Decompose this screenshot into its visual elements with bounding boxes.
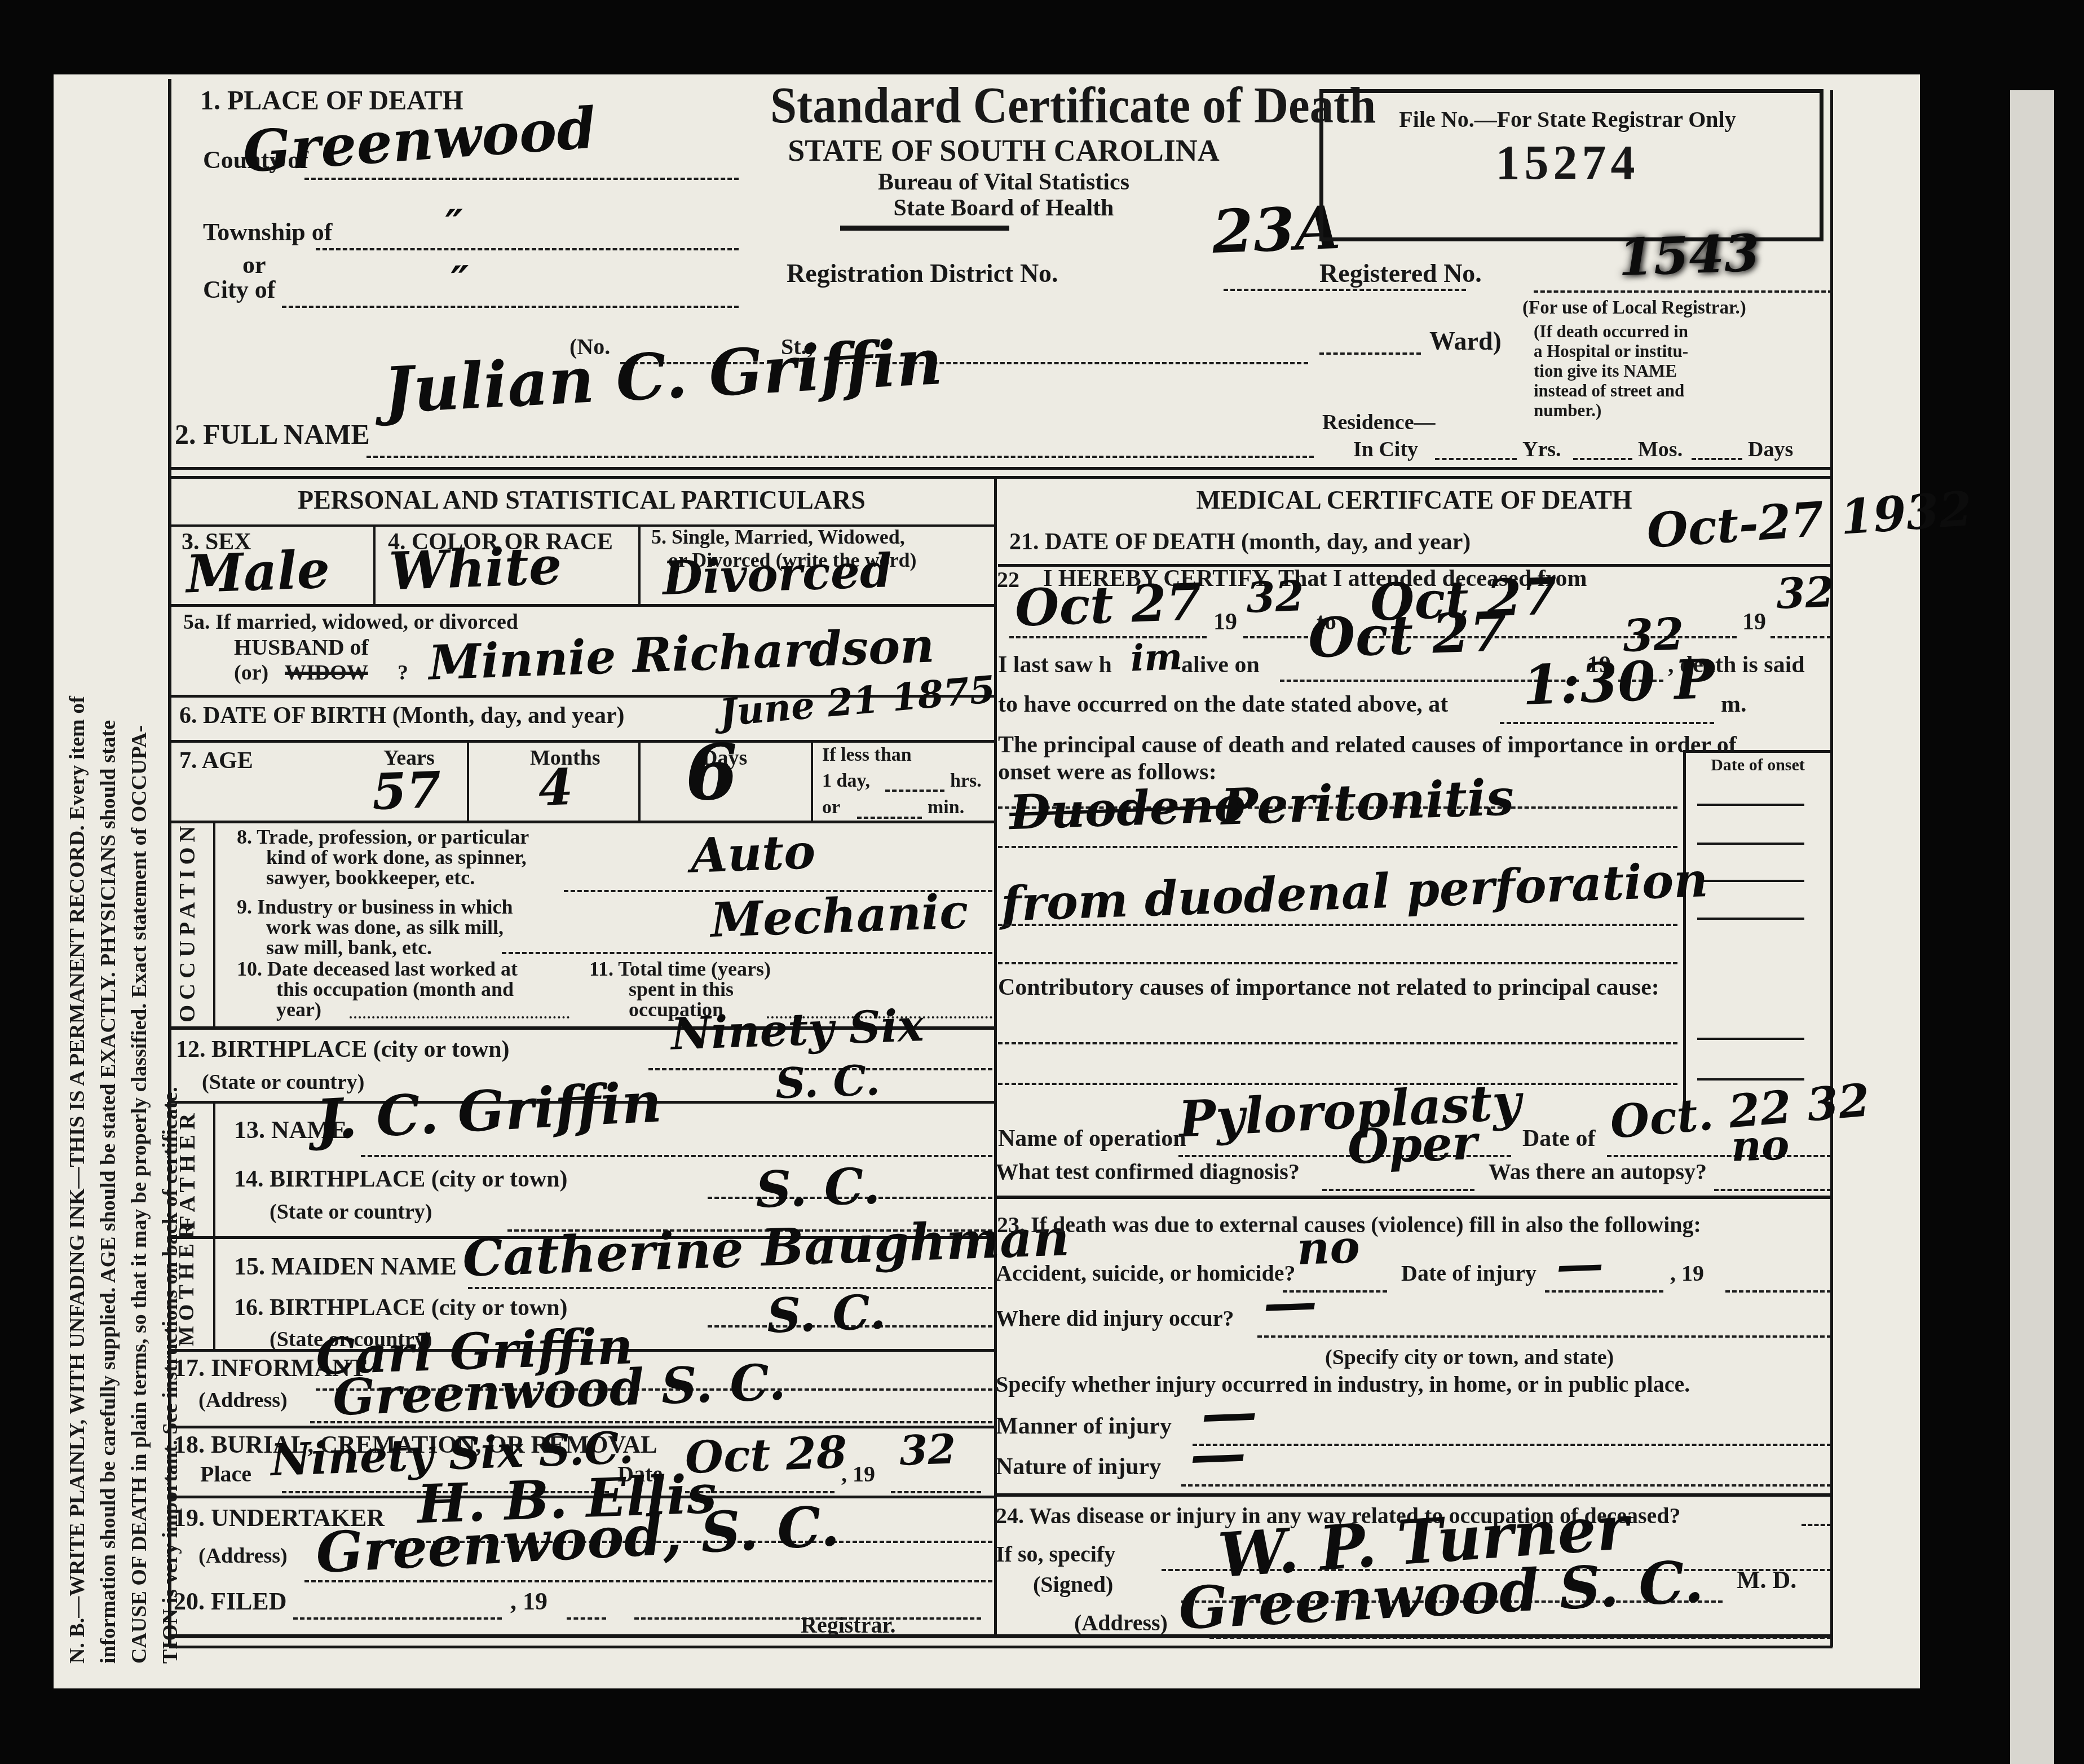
ward-label: Ward) — [1429, 328, 1502, 354]
test-value: Oper — [1347, 1119, 1478, 1171]
cause-line-3 — [998, 924, 1677, 926]
s8-label-3: sawyer, bookkeeper, etc. — [266, 867, 475, 888]
father-vertical-label: FATHER — [176, 1114, 198, 1229]
header-divider-2 — [169, 476, 1833, 479]
age-div-1 — [467, 743, 469, 821]
hospital-note-4: instead of street and — [1534, 382, 1684, 399]
form-left-border — [168, 79, 171, 1647]
mos-label: Mos. — [1638, 439, 1683, 460]
to-19-line — [1770, 636, 1831, 638]
informant-address-label: (Address) — [198, 1390, 288, 1411]
date-of-death-label: 21. DATE OF DEATH (month, day, and year) — [1009, 530, 1471, 554]
age-div-2 — [638, 743, 641, 821]
in-city-label: In City — [1353, 439, 1418, 460]
occ-strip-line — [213, 823, 215, 1026]
accident-value: no — [1296, 1224, 1361, 1271]
file-no-label: File No.—For State Registrar Only — [1325, 108, 1810, 131]
personal-heading: PERSONAL AND STATISTICAL PARTICULARS — [169, 487, 994, 513]
county-line — [304, 178, 739, 180]
onset-line-5 — [1697, 1038, 1804, 1040]
form-right-border — [1830, 90, 1833, 1647]
autopsy-line — [1714, 1189, 1831, 1191]
certificate-title: Standard Certificate of Death — [770, 79, 1237, 131]
md-label: M. D. — [1737, 1568, 1796, 1593]
from-19: 19 — [1213, 610, 1237, 634]
nature-dash: — — [1189, 1425, 1247, 1483]
onset-line-2 — [1697, 843, 1804, 845]
contributory-label: Contributory causes of importance not re… — [998, 976, 1659, 999]
age-div-3 — [811, 743, 813, 821]
state-line: STATE OF SOUTH CAROLINA — [750, 135, 1257, 166]
address-label: (Address) — [1074, 1612, 1168, 1634]
sep-5a-top — [169, 604, 994, 607]
header-divider-1 — [169, 467, 1833, 470]
nature-label: Nature of injury — [996, 1455, 1161, 1479]
in-city-line — [1435, 458, 1517, 460]
row345-div2 — [638, 524, 641, 604]
s9-label-1: 9. Industry or business in which — [237, 897, 513, 917]
filed-label: 20. FILED — [174, 1589, 286, 1614]
occupation-vertical-label: OCCUPATION — [176, 828, 198, 1022]
test-line — [1322, 1189, 1474, 1191]
file-no-value: 15274 — [1325, 138, 1810, 187]
city-ditto: ″ — [451, 260, 470, 301]
board-line: State Board of Health — [750, 196, 1257, 220]
sep-occ-top — [169, 821, 994, 823]
city-label: City of — [203, 277, 275, 302]
burial-year-line — [891, 1491, 981, 1493]
mother-birthplace-value: S. C. — [766, 1288, 887, 1339]
onset-line-3 — [1697, 880, 1804, 882]
sep-23-top — [996, 1196, 1831, 1199]
onset-line-1 — [1697, 804, 1804, 806]
father-birthplace-value: S. C. — [755, 1161, 881, 1215]
birthplace-city-value: Ninety Six — [670, 1004, 925, 1057]
s9-label-3: saw mill, bank, etc. — [266, 937, 432, 958]
attended-from-value: Oct 27 — [1014, 576, 1203, 634]
last-saw-date-value: Oct 27 — [1307, 605, 1508, 665]
operation-date-line — [1607, 1155, 1831, 1157]
s5a-question: ? — [398, 662, 408, 683]
ward-line — [1319, 352, 1421, 355]
father-name-value: J. C. Griffin — [315, 1075, 663, 1148]
cause-struck-word: Duodeno — [1009, 781, 1247, 837]
onset-line-4 — [1697, 918, 1804, 920]
last-saw-im: im — [1130, 639, 1183, 677]
hrs-line — [885, 790, 944, 792]
dob-label: 6. DATE OF BIRTH (Month, day, and year) — [179, 704, 625, 727]
s5a-label-1: 5a. If married, widowed, or divorced — [183, 611, 518, 633]
s9-label-2: work was done, as silk mill, — [266, 917, 504, 937]
signed-label: (Signed) — [1033, 1573, 1113, 1596]
margin-instructions-text: N. B.—WRITE PLAINLY, WITH UNFADING INK—T… — [62, 85, 186, 1664]
principal-cause-1: The principal cause of death and related… — [998, 733, 1737, 757]
specify-city-note: (Specify city or town, and state) — [1325, 1347, 1614, 1368]
specify-whether-label: Specify whether injury occurred in indus… — [996, 1373, 1690, 1396]
last-saw-text-1: I last saw h — [998, 653, 1112, 677]
nature-line — [1181, 1484, 1831, 1487]
margin-instructions: N. B.—WRITE PLAINLY, WITH UNFADING INK—T… — [62, 85, 180, 1664]
township-ditto: ″ — [445, 204, 465, 245]
row345-div1 — [373, 524, 376, 604]
yrs-line — [1573, 458, 1632, 460]
registrar-label: Registrar. — [801, 1614, 895, 1637]
trade-value: Auto — [690, 828, 816, 880]
where-label: Where did injury occur? — [996, 1307, 1234, 1330]
hrs-label: hrs. — [950, 771, 982, 791]
where-line — [1257, 1335, 1831, 1338]
maiden-name-line — [468, 1287, 992, 1289]
s24-line — [1802, 1524, 1831, 1526]
s10-line — [350, 1016, 569, 1018]
to-year-value: 32 — [1776, 571, 1835, 615]
sep-24-top — [996, 1493, 1831, 1497]
s5a-or: (or) — [234, 662, 268, 683]
onset-header: Date of onset — [1686, 757, 1830, 774]
manner-line — [1193, 1444, 1831, 1446]
occurred-time-value: 1:30 P — [1521, 652, 1716, 713]
to-19: 19 — [1742, 610, 1766, 634]
township-label: Township of — [203, 220, 333, 245]
father-birthplace-sub: (State or country) — [270, 1201, 432, 1223]
marital-value: Divorced — [662, 548, 893, 602]
injury-date-label: Date of injury — [1401, 1262, 1536, 1285]
undertaker-address-label: (Address) — [198, 1545, 288, 1567]
min-label: min. — [928, 798, 964, 817]
or-label: or — [242, 253, 266, 277]
mother-strip-line — [213, 1239, 215, 1349]
margin-line-1: N. B.—WRITE PLAINLY, WITH UNFADING INK—T… — [62, 85, 93, 1664]
age-days-value: 6 — [684, 733, 740, 811]
informant-address-line — [310, 1421, 992, 1423]
registered-no-label: Registered No. — [1319, 261, 1482, 286]
from-19-line — [1243, 636, 1308, 638]
s9-line — [502, 952, 992, 954]
birthplace-label: 12. BIRTHPLACE (city or town) — [176, 1038, 510, 1061]
operation-date-label: Date of — [1522, 1127, 1595, 1150]
onset-box-left — [1683, 750, 1686, 1117]
injury-date-dash: — — [1556, 1240, 1605, 1289]
mother-vertical-label: MOTHER — [176, 1242, 197, 1346]
s8-label-2: kind of work done, as spinner, — [266, 847, 527, 867]
hospital-note-3: tion give its NAME — [1534, 362, 1677, 380]
where-dash: — — [1262, 1275, 1318, 1330]
contributory-line-1 — [998, 1042, 1677, 1044]
margin-line-3: CAUSE OF DEATH in plain terms, so that i… — [124, 85, 155, 1664]
operation-label: Name of operation — [998, 1127, 1186, 1150]
bureau-line: Bureau of Vital Statistics — [750, 170, 1257, 194]
s10-label-2: this occupation (month and — [276, 979, 514, 999]
title-rule — [840, 226, 1009, 231]
bottom-rule-2 — [169, 1646, 1833, 1648]
accident-label: Accident, suicide, or homicide? — [996, 1262, 1295, 1285]
hospital-note-5: number.) — [1534, 402, 1601, 419]
test-label: What test confirmed diagnosis? — [996, 1161, 1300, 1183]
s10-label-3: year) — [276, 999, 321, 1020]
address-line — [1209, 1637, 1831, 1639]
mos-line — [1692, 458, 1742, 460]
registration-district-line — [1224, 289, 1466, 291]
full-name-line — [367, 456, 1314, 458]
residence-label: Residence— — [1322, 412, 1436, 433]
from-year-value: 32 — [1246, 575, 1305, 619]
min-line — [857, 817, 922, 819]
filed-line-2 — [567, 1617, 606, 1620]
s8-label-1: 8. Trade, profession, or particular — [237, 827, 529, 847]
s11-label-1: 11. Total time (years) — [589, 959, 771, 979]
last-saw-text-2: alive on — [1181, 653, 1260, 677]
full-name-label: 2. FULL NAME — [175, 420, 370, 448]
occurred-text: to have occurred on the date stated abov… — [998, 693, 1448, 716]
maiden-name-label: 15. MAIDEN NAME — [234, 1254, 457, 1279]
hospital-note-2: a Hospital or institu- — [1534, 342, 1688, 360]
hospital-note-1: (If death occurred in — [1534, 323, 1688, 340]
race-value: White — [388, 540, 562, 598]
injury-19-label: , 19 — [1670, 1262, 1704, 1285]
sep-age-top — [169, 740, 994, 743]
yrs-label: Yrs. — [1522, 439, 1561, 460]
occurred-line — [1500, 722, 1714, 724]
burial-year-value: 32 — [899, 1428, 957, 1471]
manner-label: Manner of injury — [996, 1414, 1172, 1438]
township-line — [316, 248, 739, 250]
s11-label-2: spent in this — [629, 979, 734, 999]
mother-birthplace-label: 16. BIRTHPLACE (city or town) — [234, 1296, 568, 1320]
scanned-death-certificate: N. B.—WRITE PLAINLY, WITH UNFADING INK—T… — [0, 0, 2084, 1764]
injury-19-line — [1725, 1290, 1831, 1293]
burial-19-label: , 19 — [841, 1463, 875, 1485]
age-label: 7. AGE — [179, 749, 253, 773]
if-so-label: If so, specify — [996, 1543, 1115, 1565]
father-birthplace-label: 14. BIRTHPLACE (city or town) — [234, 1167, 568, 1191]
filed-line-1 — [293, 1617, 502, 1620]
local-registrar-note: (For use of Local Registrar.) — [1522, 299, 1746, 317]
sex-value: Male — [185, 544, 330, 601]
birthplace-state-value: S. C. — [775, 1060, 881, 1105]
city-line — [282, 306, 739, 308]
filed-19-label: , 19 — [510, 1589, 548, 1614]
autopsy-value: no — [1730, 1124, 1790, 1168]
age-months-value: 4 — [537, 762, 573, 813]
s5a-widow-struck: WIDOW — [285, 662, 368, 683]
registration-district-label: Registration District No. — [787, 261, 1058, 286]
father-strip-line — [213, 1104, 215, 1236]
margin-line-2: information should be carefully supplied… — [93, 85, 124, 1664]
days-label: Days — [1748, 439, 1793, 460]
s10-label-1: 10. Date deceased last worked at — [237, 959, 518, 979]
s5a-label-2: HUSBAND of — [234, 636, 369, 659]
cause-line-4 — [998, 962, 1677, 964]
industry-value: Mechanic — [710, 888, 969, 944]
registered-no-value: 1543 — [1618, 228, 1760, 284]
occurred-m: m. — [1721, 693, 1747, 716]
cause-value-1: Peritonitis — [1220, 772, 1515, 832]
onset-box-top — [1683, 750, 1831, 753]
autopsy-label: Was there an autopsy? — [1489, 1161, 1707, 1183]
or-min-label: or — [822, 798, 840, 817]
father-name-line — [361, 1155, 992, 1157]
undertaker-address-line — [304, 1580, 992, 1582]
cause-line-2 — [998, 846, 1677, 848]
registered-no-line — [1534, 290, 1833, 293]
informant-address-value: Greenwood S. C. — [332, 1357, 787, 1422]
injury-date-line — [1545, 1290, 1663, 1293]
scan-edge-sliver — [2010, 90, 2054, 1764]
less-than-2: 1 day, — [822, 771, 870, 791]
age-years-value: 57 — [372, 765, 442, 817]
less-than-1: If less than — [822, 746, 912, 765]
burial-place-label: Place — [200, 1463, 251, 1485]
